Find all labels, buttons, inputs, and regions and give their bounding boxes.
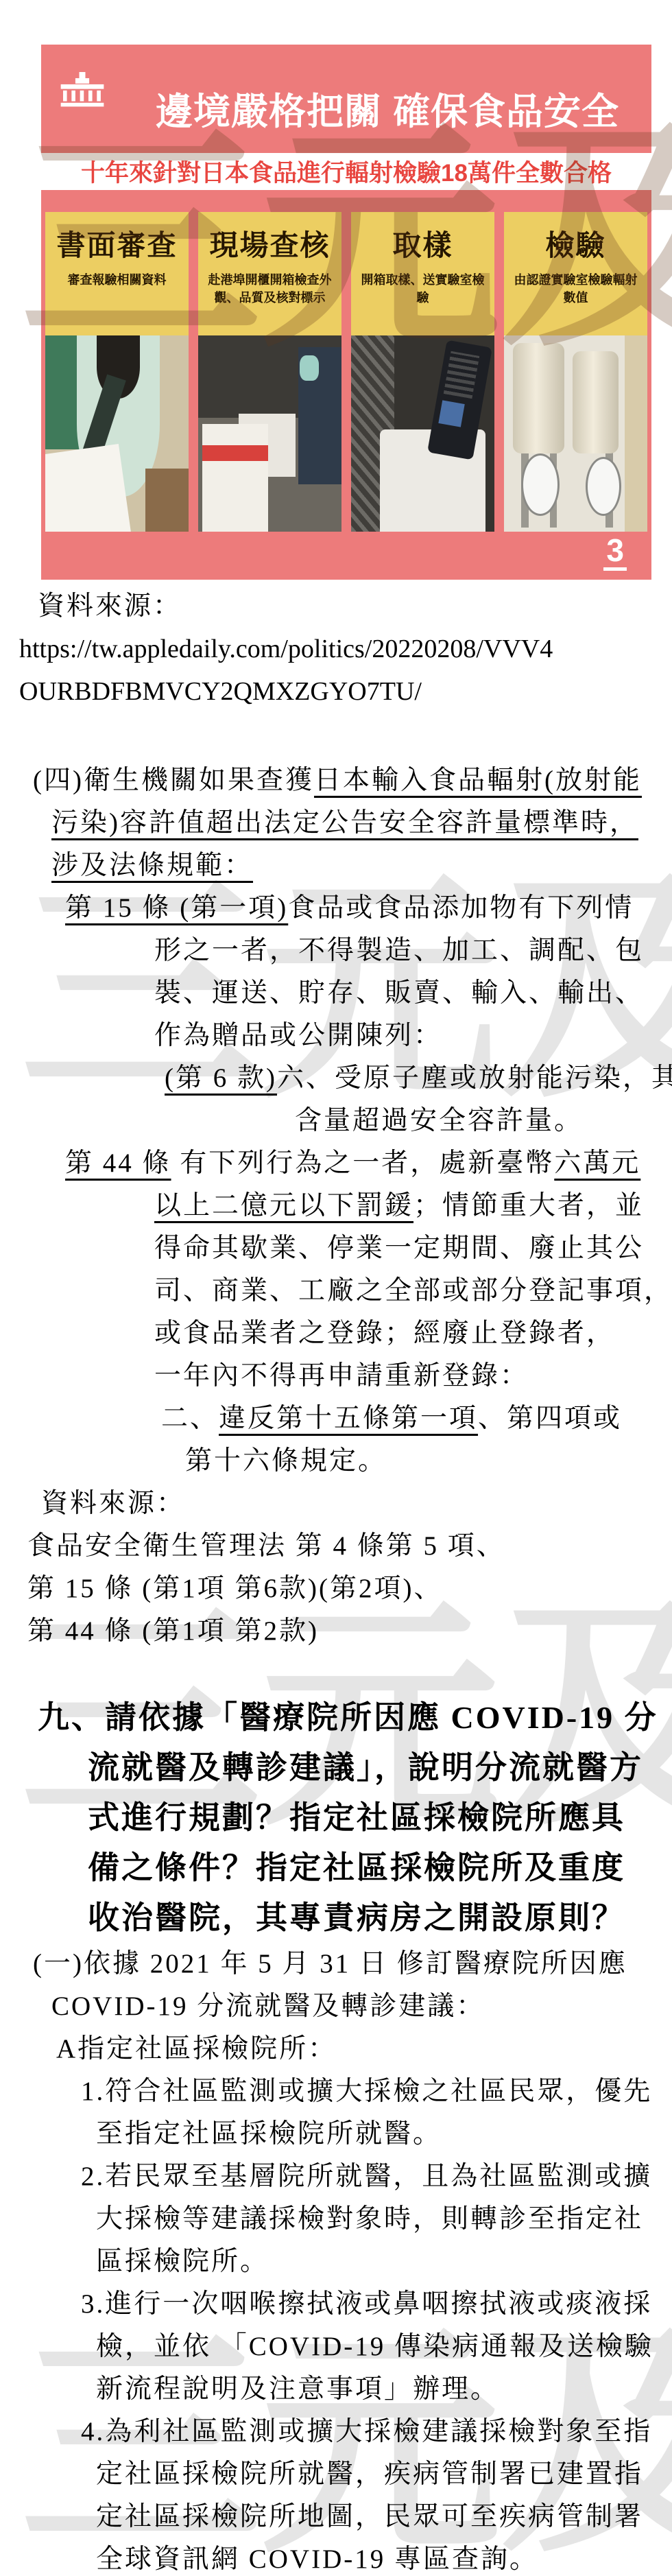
step-document-review: 書面審查 審查報驗相關資料 (45, 212, 189, 335)
text-line: 2.若民眾至基層院所就醫，且為社區監測或擴 (81, 2155, 672, 2198)
text-line: 區採檢院所。 (96, 2241, 672, 2283)
text-line: OURBDFBMVCY2QMXZGYO7TU/ (19, 670, 672, 713)
text-line: 資料來源： (41, 1482, 672, 1525)
text-line: 第 44 條 (第1項 第2款) (27, 1610, 672, 1653)
text-run: 六、受原子塵或放射能污染，其 (277, 1063, 672, 1093)
text-line: 4.為利社區監測或擴大採檢建議採檢對象至指 (81, 2411, 672, 2453)
photo-lab-detectors (504, 335, 647, 532)
text-run: COVID-19 分流就醫及轉診建議： (51, 1992, 485, 2021)
infographic-title: 邊境嚴格把關 確保食品安全 (130, 71, 645, 146)
photo-document-review (45, 335, 189, 532)
text-line: 檢，並依 「COVID-19 傳染病通報及送檢驗 (96, 2326, 672, 2368)
news-infographic: 邊境嚴格把關 確保食品安全 十年來針對日本食品進行輻射檢驗18萬件全數合格 書面… (41, 45, 651, 580)
text-run: 大採檢等建議採檢對象時，則轉診至指定社 (96, 2204, 643, 2234)
process-steps: 書面審查 審查報驗相關資料 現場查核 赴港埠開櫃開箱檢查外觀、品質及核對標示 取… (45, 212, 647, 335)
text-line: 涉及法條規範： (51, 844, 672, 887)
text-line: https://tw.appledaily.com/politics/20220… (19, 628, 672, 670)
step-title: 現場查核 (209, 223, 330, 264)
text-run: 式進行規劃？指定社區採檢院所應具 (88, 1800, 625, 1835)
text-line: 或食品業者之登錄；經廢止登錄者， (154, 1312, 672, 1355)
text-run: 含量超過安全容許量。 (295, 1106, 583, 1135)
text-line: 污染)容許值超出法定公告安全容許量標準時， (51, 802, 672, 844)
text-run: 2.若民眾至基層院所就醫，且為社區監測或擴 (81, 2162, 652, 2191)
text-run: 裝、運送、貯存、販賣、輸入、輸出、 (154, 978, 644, 1008)
underlined-text: 日本輸入食品輻射(放射能 (314, 766, 642, 795)
text-line: 以上二億元以下罰鍰；情節重大者，並 (154, 1185, 672, 1227)
text-line: 資料來源： (38, 585, 672, 628)
underlined-text: 第 44 條 (65, 1148, 171, 1178)
text-run: 資料來源： (38, 591, 182, 621)
text-run: 3.進行一次咽喉擦拭液或鼻咽擦拭液或痰液採 (81, 2289, 652, 2319)
underlined-text: 涉及法條規範： (51, 851, 253, 880)
text-line: 一年內不得再申請重新登錄： (154, 1355, 672, 1397)
text-line: 新流程說明及注意事項」辦理。 (96, 2368, 672, 2411)
text-line: COVID-19 分流就醫及轉診建議： (51, 1985, 672, 2028)
step-desc: 開箱取樣、送實驗室檢驗 (351, 271, 494, 307)
text-run: 全球資訊網 COVID-19 專區查詢。 (96, 2544, 538, 2574)
text-line: 式進行規劃？指定社區採檢院所應具 (88, 1793, 672, 1843)
text-line: 3.進行一次咽喉擦拭液或鼻咽擦拭液或痰液採 (81, 2283, 672, 2326)
text-line: 第 15 條 (第1項 第6款)(第2項)、 (27, 1568, 672, 1610)
text-run: 、第四項或 (478, 1404, 622, 1433)
text-line: 二、違反第十五條第一項、第四項或 (161, 1397, 672, 1440)
page: { "infographic": { "title": "邊境嚴格把關 確保食品… (0, 0, 672, 2576)
underlined-text: 污染)容許值超出法定公告安全容許量標準時， (51, 808, 638, 838)
building-icon (59, 72, 106, 110)
underlined-text: 第 15 條 (第一項) (65, 893, 288, 923)
text-run: 食品或食品添加物有下列情 (288, 893, 634, 923)
text-line: 裝、運送、貯存、販賣、輸入、輸出、 (154, 972, 672, 1015)
text-line: 全球資訊網 COVID-19 專區查詢。 (96, 2538, 672, 2576)
text-run: 第 15 條 (第1項 第6款)(第2項)、 (27, 1574, 442, 1603)
text-run: 司、商業、工廠之全部或部分登記事項， (154, 1276, 672, 1305)
text-line: 形之一者，不得製造、加工、調配、包 (154, 930, 672, 972)
step-onsite-check: 現場查核 赴港埠開櫃開箱檢查外觀、品質及核對標示 (198, 212, 341, 335)
text-run: 4.為利社區監測或擴大採檢建議採檢對象至指 (81, 2417, 652, 2446)
text-line: 1.符合社區監測或擴大採檢之社區民眾，優先 (81, 2070, 672, 2113)
photo-onsite-check (198, 335, 341, 532)
text-run: 資料來源： (41, 1489, 185, 1518)
text-line: 第十六條規定。 (185, 1440, 672, 1482)
text-line: 收治醫院，其專責病房之開設原則？ (88, 1893, 672, 1943)
text-run: 第 44 條 (第1項 第2款) (27, 1616, 319, 1646)
text-run: 或食品業者之登錄；經廢止登錄者， (154, 1319, 615, 1348)
step-sampling: 取樣 開箱取樣、送實驗室檢驗 (351, 212, 494, 335)
text-line: 第 44 條 有下列行為之一者，處新臺幣六萬元 (65, 1142, 672, 1185)
text-run: 備之條件？指定社區採檢院所及重度 (88, 1850, 625, 1885)
underlined-text: 六萬元 (554, 1148, 640, 1178)
text-line: (四)衛生機關如果查獲日本輸入食品輻射(放射能 (33, 759, 672, 802)
underlined-text: 違反第十五條第一項 (219, 1404, 478, 1433)
text-run: https://tw.appledaily.com/politics/20220… (19, 635, 553, 663)
text-line: 食品安全衛生管理法 第 4 條第 5 項、 (27, 1525, 672, 1568)
step-desc: 由認證實驗室檢驗輻射數值 (504, 271, 647, 307)
text-line: 備之條件？指定社區採檢院所及重度 (88, 1843, 672, 1893)
text-run: 得命其歇業、停業一定期間、廢止其公 (154, 1233, 644, 1263)
presidential-office-logo (59, 72, 106, 113)
text-run: ；情節重大者，並 (413, 1191, 644, 1220)
text-line: 大採檢等建議採檢對象時，則轉診至指定社 (96, 2198, 672, 2241)
underlined-text: 以上二億元以下罰鍰 (154, 1191, 413, 1220)
step-desc: 赴港埠開櫃開箱檢查外觀、品質及核對標示 (198, 271, 341, 307)
infographic-subtitle: 十年來針對日本食品進行輻射檢驗18萬件全數合格 (81, 154, 612, 189)
text-line: 司、商業、工廠之全部或部分登記事項， (154, 1270, 672, 1312)
text-line: A指定社區採檢院所： (56, 2028, 672, 2070)
text-run: (四)衛生機關如果查獲 (33, 766, 314, 795)
text-run: 作為贈品或公開陳列： (154, 1021, 442, 1050)
text-run: 收治醫院，其專責病房之開設原則？ (88, 1900, 625, 1935)
line-gap (0, 713, 672, 759)
step-title: 取樣 (392, 223, 453, 264)
text-line: 含量超過安全容許量。 (295, 1100, 672, 1142)
text-line: 定社區採檢院所就醫，疾病管制署已建置指 (96, 2453, 672, 2496)
text-run: 至指定社區採檢院所就醫。 (96, 2119, 442, 2149)
step-testing: 檢驗 由認證實驗室檢驗輻射數值 (504, 212, 647, 335)
text-run: 一年內不得再申請重新登錄： (154, 1361, 529, 1391)
text-run: 食品安全衛生管理法 第 4 條第 5 項、 (27, 1531, 505, 1561)
step-desc: 審查報驗相關資料 (62, 271, 172, 289)
text-line: 九、請依據「醫療院所因應 COVID-19 分 (38, 1692, 672, 1742)
text-line: 至指定社區採檢院所就醫。 (96, 2113, 672, 2155)
text-line: (一)依據 2021 年 5 月 31 日 修訂醫療院所因應 (33, 1943, 672, 1985)
text-line: (第 6 款)六、受原子塵或放射能污染，其 (165, 1057, 672, 1100)
document-lines: 資料來源：https://tw.appledaily.com/politics/… (0, 585, 672, 2576)
text-run: 檢，並依 「COVID-19 傳染病通報及送檢驗 (96, 2332, 653, 2361)
photo-sampling-device (351, 335, 494, 532)
slide-page-number: 3 (603, 534, 627, 571)
text-run: 九、請依據「醫療院所因應 COVID-19 分 (38, 1700, 658, 1735)
text-run: 流就醫及轉診建議」，說明分流就醫方 (88, 1750, 643, 1785)
line-gap (0, 1653, 672, 1692)
text-run: 二、 (161, 1404, 219, 1433)
text-line: 作為贈品或公開陳列： (154, 1015, 672, 1057)
text-run: A指定社區採檢院所： (56, 2034, 337, 2064)
text-run: 第十六條規定。 (185, 1446, 387, 1476)
text-run: 定社區採檢院所就醫，疾病管制署已建置指 (96, 2459, 643, 2489)
text-run: 定社區採檢院所地圖，民眾可至疾病管制署 (96, 2502, 643, 2531)
text-line: 流就醫及轉診建議」，說明分流就醫方 (88, 1742, 672, 1793)
infographic-subtitle-band: 十年來針對日本食品進行輻射檢驗18萬件全數合格 (41, 153, 651, 190)
text-run: 有下列行為之一者，處新臺幣 (171, 1148, 555, 1178)
step-title: 檢驗 (545, 223, 605, 264)
text-line: 第 15 條 (第一項)食品或食品添加物有下列情 (65, 887, 672, 930)
text-run: OURBDFBMVCY2QMXZGYO7TU/ (19, 677, 422, 706)
text-run: 區採檢院所。 (96, 2247, 269, 2276)
text-line: 定社區採檢院所地圖，民眾可至疾病管制署 (96, 2496, 672, 2538)
text-run: 1.符合社區監測或擴大採檢之社區民眾，優先 (81, 2077, 652, 2106)
process-photos (45, 335, 647, 532)
step-title: 書面審查 (56, 223, 177, 264)
text-run: 新流程說明及注意事項」辦理。 (96, 2374, 499, 2404)
text-run: (一)依據 2021 年 5 月 31 日 修訂醫療院所因應 (33, 1949, 627, 1978)
text-run: 形之一者，不得製造、加工、調配、包 (154, 936, 644, 965)
text-line: 得命其歇業、停業一定期間、廢止其公 (154, 1227, 672, 1270)
underlined-text: (第 6 款) (165, 1063, 277, 1093)
